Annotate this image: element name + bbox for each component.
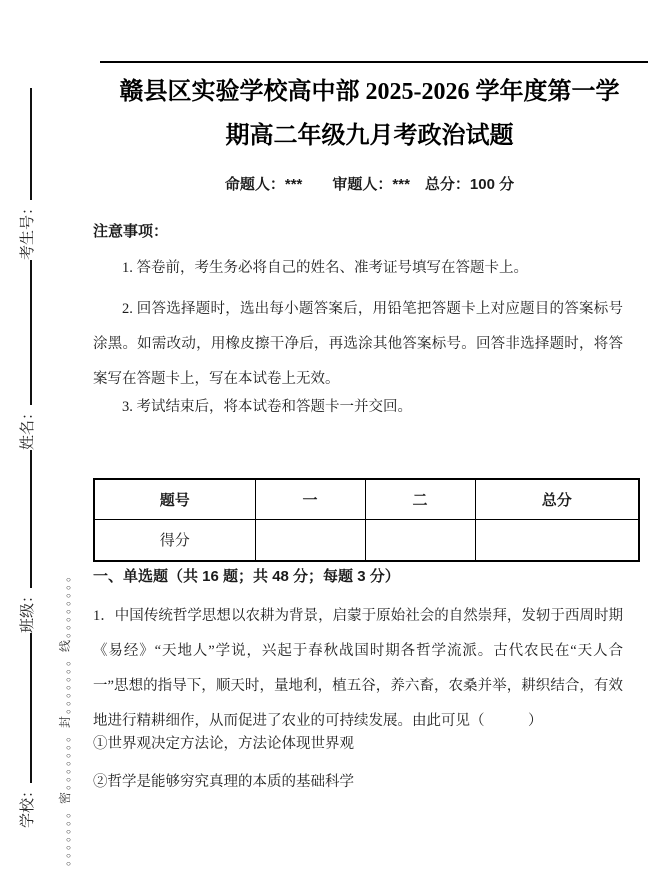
question-1-text: 1．中国传统哲学思想以农耕为背景，启蒙于原始社会的自然崇拜，发轫于西周时期《易经… bbox=[93, 599, 623, 739]
question-1-option-1: ①世界观决定方法论，方法论体现世界观 bbox=[93, 727, 623, 762]
exam-number-fill-line bbox=[16, 88, 32, 200]
header-cell-total: 总分 bbox=[475, 479, 639, 519]
name-fill-line bbox=[16, 260, 32, 405]
exam-meta: 命题人：*** 审题人：*** 总分：100 分 bbox=[93, 174, 646, 196]
notice-item-3: 3. 考试结束后，将本试卷和答题卡一并交回。 bbox=[93, 390, 623, 425]
seal-line: 。。。。。。。密。。。。。。。封。。。。。。。线。。。。。。。。 bbox=[56, 406, 74, 866]
exam-paper-page: 学校：班级：姓名：考生号： 。。。。。。。密。。。。。。。封。。。。。。。线。。… bbox=[0, 0, 651, 887]
score-table-header-row: 题号 一 二 总分 bbox=[94, 479, 639, 519]
class-fill-line bbox=[16, 450, 32, 588]
header-cell-question-number: 题号 bbox=[94, 479, 255, 519]
exam-title: 赣县区实验学校高中部 2025-2026 学年度第一学 期高二年级九月考政治试题 bbox=[93, 70, 646, 158]
exam-number-label: 考生号： bbox=[16, 200, 40, 260]
score-cell-part-one bbox=[255, 519, 365, 561]
score-table-score-row: 得分 bbox=[94, 519, 639, 561]
score-row-label: 得分 bbox=[94, 519, 255, 561]
notice-item-1: 1. 答卷前，考生务必将自己的姓名、准考证号填写在答题卡上。 bbox=[93, 251, 623, 286]
school-label: 学校： bbox=[16, 783, 40, 828]
header-cell-part-two: 二 bbox=[365, 479, 475, 519]
notice-item-2: 2. 回答选择题时，选出每小题答案后，用铅笔把答题卡上对应题目的答案标号涂黑。如… bbox=[93, 292, 623, 397]
school-fill-line bbox=[16, 633, 32, 783]
header-cell-part-one: 一 bbox=[255, 479, 365, 519]
section-one-heading: 一、单选题（共 16 题；共 48 分；每题 3 分） bbox=[93, 566, 400, 588]
class-label: 班级： bbox=[16, 588, 40, 633]
top-rule bbox=[100, 61, 648, 63]
score-cell-part-two bbox=[365, 519, 475, 561]
notice-heading: 注意事项： bbox=[93, 220, 168, 241]
question-1-option-2: ②哲学是能够穷究真理的本质的基础科学 bbox=[93, 765, 623, 800]
exam-title-line2: 期高二年级九月考政治试题 bbox=[93, 114, 646, 158]
score-table: 题号 一 二 总分 得分 bbox=[93, 478, 640, 562]
name-label: 姓名： bbox=[16, 405, 40, 450]
score-cell-total bbox=[475, 519, 639, 561]
student-info-strip: 学校：班级：姓名：考生号： bbox=[16, 72, 42, 828]
exam-title-line1: 赣县区实验学校高中部 2025-2026 学年度第一学 bbox=[93, 70, 646, 114]
